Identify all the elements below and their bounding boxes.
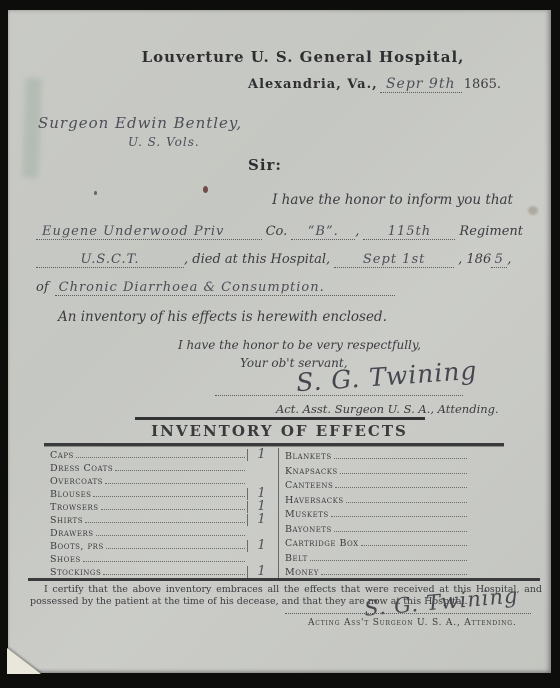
hospital-name: Louverture U. S. General Hospital, [138,48,468,66]
rule-above-title [135,417,425,420]
inventory-item-value: 1 [247,566,276,578]
inventory-item-label: Overcoats [44,476,103,487]
paper-stain [528,206,538,215]
inventory-item-label: Drawers [44,528,94,539]
certification-signature-line [285,612,531,614]
inventory-title: INVENTORY OF EFFECTS [8,422,551,440]
of-label: of [36,280,49,295]
fill-line-cause: of Chronic Diarrhoea & Consumption. [36,280,523,296]
inventory-item-label: Shoes [44,554,81,565]
died-label: , died at this Hospital, [184,252,330,267]
inventory-row: Cartridge Box [279,535,504,549]
fill-line-name: Eugene Underwood Priv Co. “B”. , 115th R… [36,224,523,240]
place-label: Alexandria, Va., [248,77,378,92]
leader-dots [335,487,467,488]
inventory-item-label: Muskets [279,509,329,520]
inventory-row: Blouses1 [44,487,276,500]
inventory-item-label: Stockings [44,567,101,578]
inventory-row: Blankets [279,448,504,462]
leader-dots [101,509,245,510]
inventory-row: Knapsacks [279,462,504,476]
inventory-row: Canteens [279,477,504,491]
leader-dots [93,496,245,497]
leader-dots [83,561,245,562]
inventory-row: Shirts1 [44,513,276,526]
inventory-row: Haversacks [279,491,504,505]
inventory-item-value: 1 [247,514,276,526]
inventory-row: Drawers [44,526,276,539]
inventory-note: An inventory of his effects is herewith … [58,309,387,325]
inventory-item-label: Blouses [44,489,91,500]
inventory-row: Caps1 [44,448,276,461]
company-handwritten: “B”. [291,224,355,240]
leader-dots [310,560,467,561]
ink-speck [94,191,97,195]
year-digit-handwritten: 5 [491,252,507,268]
inventory-item-value: 1 [247,449,276,461]
date-handwritten: Sepr 9th [380,76,462,93]
intro-line: I have the honor to inform you that [272,192,513,208]
inventory-left-column: Caps1Dress CoatsOvercoatsBlouses1Trowser… [44,448,276,578]
addressee-org: U. S. Vols. [128,135,200,149]
inventory-row: Money [279,564,504,578]
inventory-item-label: Cartridge Box [279,538,359,549]
inventory-row: Boots, prs1 [44,539,276,552]
leader-dots [106,548,245,549]
inventory-row: Belt [279,549,504,563]
leader-dots [361,545,467,546]
leader-dots [96,535,245,536]
paper-corner-chip [7,648,41,674]
leader-dots [321,574,467,575]
inventory-item-label: Boots, prs [44,541,104,552]
leader-dots [103,574,245,575]
inventory-item-label: Belt [279,553,308,564]
unit-handwritten: U.S.C.T. [36,252,184,268]
year-label: 1865. [464,77,501,92]
death-date-handwritten: Sept 1st [334,252,454,268]
table-bottom-rule [28,578,540,581]
inventory-row: Dress Coats [44,461,276,474]
inventory-table: Caps1Dress CoatsOvercoatsBlouses1Trowser… [44,448,504,578]
year-prefix: , 186 [458,252,491,267]
leader-dots [340,473,467,474]
inventory-item-label: Canteens [279,480,333,491]
salutation: Sir: [248,156,282,174]
regiment-label: Regiment [459,224,523,239]
closing-line-1: I have the honor to be very respectfully… [178,338,421,352]
year-suffix: , [507,252,511,267]
signer-title: Act. Asst. Surgeon U. S. A., Attending. [276,402,499,416]
inventory-row: Bayonets [279,520,504,534]
fill-line-death: U.S.C.T. , died at this Hospital, Sept 1… [36,252,523,268]
cause-handwritten: Chronic Diarrhoea & Consumption. [55,280,395,296]
photo-background: Louverture U. S. General Hospital, Alexa… [0,0,560,688]
leader-dots [334,531,467,532]
leader-dots [85,522,245,523]
inventory-item-label: Haversacks [279,495,344,506]
table-top-rule [44,443,504,447]
company-label: Co. [266,224,288,239]
inventory-item-label: Dress Coats [44,463,113,474]
place-date-line: Alexandria, Va., Sepr 9th 1865. [248,76,501,93]
inventory-row: Overcoats [44,474,276,487]
leader-dots [334,458,467,459]
inventory-item-label: Blankets [279,451,332,462]
inventory-item-label: Bayonets [279,524,332,535]
inventory-item-label: Trowsers [44,502,99,513]
leader-dots [115,470,245,471]
inventory-row: Trowsers1 [44,500,276,513]
inventory-item-label: Caps [44,450,74,461]
inventory-row: Muskets [279,506,504,520]
inventory-item-label: Money [279,567,319,578]
comma: , [355,224,359,239]
inventory-item-value: 1 [247,540,276,552]
inventory-row: Stockings1 [44,565,276,578]
certification-signer-title: Acting Ass't Surgeon U. S. A., Attending… [308,618,517,628]
leader-dots [76,457,245,458]
inventory-row: Shoes [44,552,276,565]
signature-line [215,394,463,396]
leader-dots [346,502,467,503]
leader-dots [105,483,245,484]
leader-dots [331,516,467,517]
document-paper: Louverture U. S. General Hospital, Alexa… [8,10,551,673]
inventory-item-label: Knapsacks [279,466,338,477]
regiment-handwritten: 115th [363,224,455,240]
ink-speck [203,186,208,193]
soldier-name-handwritten: Eugene Underwood Priv [36,224,262,240]
inventory-right-column: BlanketsKnapsacksCanteensHaversacksMuske… [278,448,504,578]
inventory-item-label: Shirts [44,515,83,526]
addressee-name: Surgeon Edwin Bentley, [38,114,242,132]
